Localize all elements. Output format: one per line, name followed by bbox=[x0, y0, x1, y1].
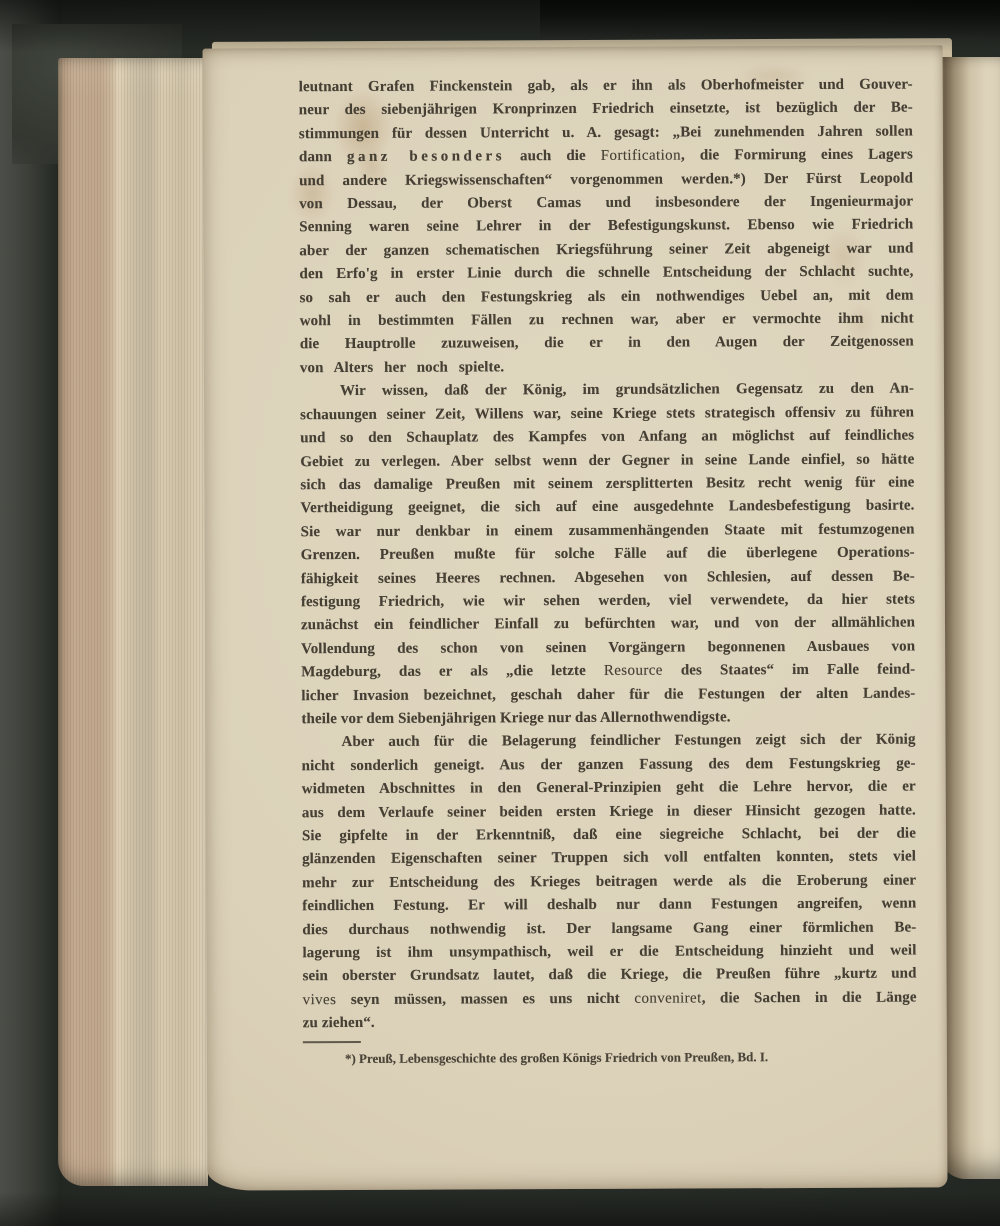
text-run: ganz besonders bbox=[347, 149, 505, 166]
text-line: Grenzen. Preußen mußte für solche Fälle … bbox=[301, 542, 915, 568]
fore-edge-page-stack bbox=[58, 58, 208, 1186]
text-line: Magdeburg, das er als „die letzte Resour… bbox=[301, 659, 915, 685]
text-run: festigung Friedrich, wie wir sehen werde… bbox=[301, 591, 915, 610]
book-cover-edge bbox=[0, 0, 62, 1226]
text-line: von Dessau, der Oberst Camas und insbeso… bbox=[299, 191, 913, 217]
text-run: und andere Kriegswissenschaften“ vorgeno… bbox=[299, 170, 913, 189]
text-line: feindlichen Festung. Er will deshalb nur… bbox=[302, 893, 916, 919]
text-run: sich das damalige Preußen mit seinem zer… bbox=[300, 474, 914, 493]
text-line: den Erfo'g in erster Linie durch die sch… bbox=[299, 261, 913, 287]
text-line: und andere Kriegswissenschaften“ vorgeno… bbox=[299, 167, 913, 193]
footnote-separator bbox=[303, 1041, 361, 1043]
text-line: die Hauptrolle zuzuweisen, die er in den… bbox=[300, 331, 914, 357]
text-line: Sie gipfelte in der Erkenntniß, daß eine… bbox=[302, 823, 916, 849]
text-run: so sah er auch den Festungskrieg als ein… bbox=[300, 287, 914, 306]
text-run: schauungen seiner Zeit, Willens war, sei… bbox=[300, 404, 914, 423]
text-line: fähigkeit seines Heeres rechnen. Abgeseh… bbox=[301, 565, 915, 591]
text-run: Senning waren seine Lehrer in der Befest… bbox=[299, 217, 913, 236]
text-line: licher Invasion bezeichnet, geschah dahe… bbox=[301, 682, 915, 708]
text-run: Resource bbox=[604, 663, 663, 679]
text-line: lagerung ist ihm unsympathisch, weil er … bbox=[302, 940, 916, 966]
text-line: leutnant Grafen Finckenstein gab, als er… bbox=[299, 74, 913, 100]
text-line: nicht sonderlich geneigt. Aus der ganzen… bbox=[302, 752, 916, 778]
text-run: Fortification bbox=[601, 148, 681, 164]
facing-page-sliver bbox=[938, 57, 1000, 1179]
text-line: Vollendung des schon von seinen Vorgänge… bbox=[301, 635, 915, 661]
text-line: stimmungen für dessen Unterricht u. A. g… bbox=[299, 120, 913, 146]
text-line: festigung Friedrich, wie wir sehen werde… bbox=[301, 588, 915, 614]
text-run: von Alters her noch spielte. bbox=[300, 359, 504, 376]
text-run: lagerung ist ihm unsympathisch, weil er … bbox=[302, 943, 916, 962]
text-line: vives seyn müssen, massen es uns nicht c… bbox=[303, 986, 917, 1012]
text-run: aber der ganzen schematischen Kriegsführ… bbox=[299, 240, 913, 259]
text-run: wohl in bestimmten Fällen zu rechnen war… bbox=[300, 311, 914, 330]
text-line: sich das damalige Preußen mit seinem zer… bbox=[300, 471, 914, 497]
footnote: *) Preuß, Lebensgeschichte des großen Kö… bbox=[303, 1047, 917, 1068]
text-line: zu ziehen“. bbox=[303, 1010, 917, 1036]
text-line: Senning waren seine Lehrer in der Befest… bbox=[299, 214, 913, 240]
bottom-shadow bbox=[0, 1192, 1000, 1226]
text-line: sein oberster Grundsatz lautet, daß die … bbox=[303, 963, 917, 989]
text-run: zunächst ein feindlicher Einfall zu befü… bbox=[301, 615, 915, 634]
text-line: dann ganz besonders auch die Fortificati… bbox=[299, 144, 913, 170]
text-run: auch die bbox=[505, 148, 601, 164]
text-run: neur des siebenjährigen Kronprinzen Frie… bbox=[299, 100, 913, 119]
text-line: theile vor dem Siebenjährigen Kriege nur… bbox=[301, 705, 915, 731]
text-line: dies durchaus nothwendig ist. Der langsa… bbox=[302, 916, 916, 942]
page-text-block: leutnant Grafen Finckenstein gab, als er… bbox=[299, 74, 917, 1068]
text-run: leutnant Grafen Finckenstein gab, als er… bbox=[299, 77, 913, 96]
text-run: des Staates“ im Falle feind- bbox=[663, 662, 915, 679]
text-run: mehr zur Entscheidung des Krieges beitra… bbox=[302, 872, 916, 891]
text-run: licher Invasion bezeichnet, geschah dahe… bbox=[301, 685, 915, 704]
text-run: stimmungen für dessen Unterricht u. A. g… bbox=[299, 123, 913, 142]
text-run: theile vor dem Siebenjährigen Kriege nur… bbox=[301, 709, 730, 727]
text-run: widmeten Abschnittes in den General-Prin… bbox=[302, 779, 916, 798]
text-line: so sah er auch den Festungskrieg als ein… bbox=[300, 284, 914, 310]
text-run: den Erfo'g in erster Linie durch die sch… bbox=[299, 264, 913, 283]
text-line: von Alters her noch spielte. bbox=[300, 354, 914, 380]
text-run: glänzenden Eigenschaften seiner Truppen … bbox=[302, 849, 916, 868]
text-line: Sie war nur denkbar in einem zusammenhän… bbox=[301, 518, 915, 544]
text-run: , die Formirung eines Lagers bbox=[681, 147, 913, 164]
text-line: Vertheidigung geeignet, die sich auf ein… bbox=[300, 495, 914, 521]
text-line: neur des siebenjährigen Kronprinzen Frie… bbox=[299, 97, 913, 123]
text-run: Vertheidigung geeignet, die sich auf ein… bbox=[300, 498, 914, 517]
text-run: Grenzen. Preußen mußte für solche Fälle … bbox=[301, 545, 915, 564]
text-run: zu ziehen“. bbox=[303, 1015, 375, 1031]
text-run: und so den Schauplatz des Kampfes von An… bbox=[300, 428, 914, 447]
text-line: Aber auch für die Belagerung feindlicher… bbox=[301, 729, 915, 755]
text-run: die Hauptrolle zuzuweisen, die er in den… bbox=[300, 334, 914, 353]
book-page: leutnant Grafen Finckenstein gab, als er… bbox=[203, 45, 948, 1190]
text-run: , die Sachen in die Länge bbox=[702, 989, 917, 1006]
text-run: vives bbox=[303, 992, 337, 1008]
text-run: dann bbox=[299, 149, 347, 165]
text-line: widmeten Abschnittes in den General-Prin… bbox=[302, 776, 916, 802]
text-run: Magdeburg, das er als „die letzte bbox=[301, 663, 604, 680]
top-dark-band bbox=[540, 0, 1000, 40]
text-run: aus dem Verlaufe seiner beiden ersten Kr… bbox=[302, 802, 916, 821]
text-run: feindlichen Festung. Er will deshalb nur… bbox=[302, 896, 916, 915]
text-line: Gebiet zu verlegen. Aber selbst wenn der… bbox=[300, 448, 914, 474]
text-run: seyn müssen, massen es uns nicht bbox=[336, 991, 634, 1008]
text-run: conveniret bbox=[634, 990, 701, 1006]
text-run: sein oberster Grundsatz lautet, daß die … bbox=[303, 966, 917, 985]
text-line: wohl in bestimmten Fällen zu rechnen war… bbox=[300, 308, 914, 334]
text-run: nicht sonderlich geneigt. Aus der ganzen… bbox=[302, 755, 916, 774]
text-run: Wir wissen, daß der König, im grundsätzl… bbox=[340, 381, 914, 400]
text-run: Gebiet zu verlegen. Aber selbst wenn der… bbox=[300, 451, 914, 470]
text-run: Sie gipfelte in der Erkenntniß, daß eine… bbox=[302, 826, 916, 845]
text-run: Aber auch für die Belagerung feindlicher… bbox=[342, 732, 916, 751]
text-line: und so den Schauplatz des Kampfes von An… bbox=[300, 425, 914, 451]
text-line: aber der ganzen schematischen Kriegsführ… bbox=[299, 237, 913, 263]
text-run: von Dessau, der Oberst Camas und insbeso… bbox=[299, 194, 913, 213]
text-run: Sie war nur denkbar in einem zusammenhän… bbox=[301, 521, 915, 540]
text-line: zunächst ein feindlicher Einfall zu befü… bbox=[301, 612, 915, 638]
text-line: aus dem Verlaufe seiner beiden ersten Kr… bbox=[302, 799, 916, 825]
text-line: schauungen seiner Zeit, Willens war, sei… bbox=[300, 401, 914, 427]
text-run: Vollendung des schon von seinen Vorgänge… bbox=[301, 638, 915, 657]
book-scan: leutnant Grafen Finckenstein gab, als er… bbox=[0, 0, 1000, 1226]
text-line: mehr zur Entscheidung des Krieges beitra… bbox=[302, 869, 916, 895]
text-run: fähigkeit seines Heeres rechnen. Abgeseh… bbox=[301, 568, 915, 587]
text-line: glänzenden Eigenschaften seiner Truppen … bbox=[302, 846, 916, 872]
text-line: Wir wissen, daß der König, im grundsätzl… bbox=[300, 378, 914, 404]
text-run: dies durchaus nothwendig ist. Der langsa… bbox=[302, 919, 916, 938]
